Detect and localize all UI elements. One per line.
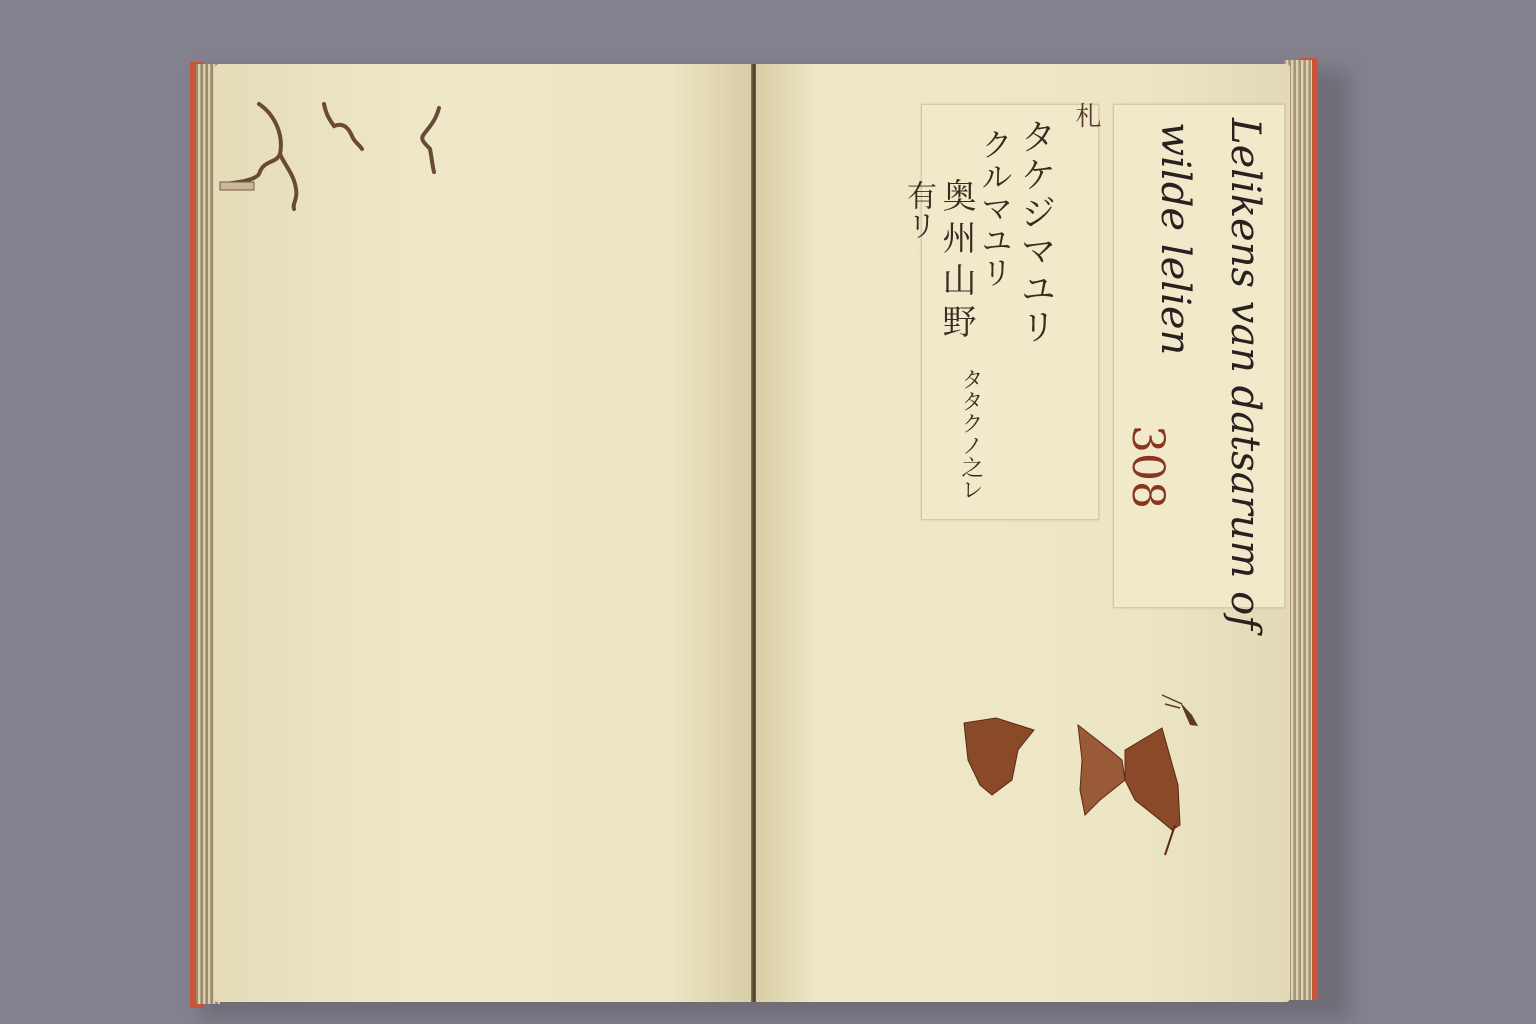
- dutch-label-line-1: Lelikens van datsarum of: [1222, 118, 1268, 630]
- japanese-note: 有リ: [896, 180, 940, 240]
- specimen-number: 308: [1122, 425, 1173, 509]
- dutch-label-line-2: wilde lelien: [1152, 122, 1198, 355]
- pressed-flower-fragment-2: [1078, 725, 1125, 815]
- wormhole-damage-icon: [214, 64, 474, 244]
- left-page: [214, 64, 752, 1002]
- label-mark: 札: [1068, 102, 1105, 128]
- pressed-flower-specimens: [940, 680, 1220, 880]
- pressed-flower-fragment-3: [1125, 728, 1180, 855]
- pressed-flower-fragment-1: [964, 718, 1034, 795]
- small-insect-icon: [1162, 695, 1198, 726]
- japanese-location-note: タタクノ之レ: [955, 368, 986, 500]
